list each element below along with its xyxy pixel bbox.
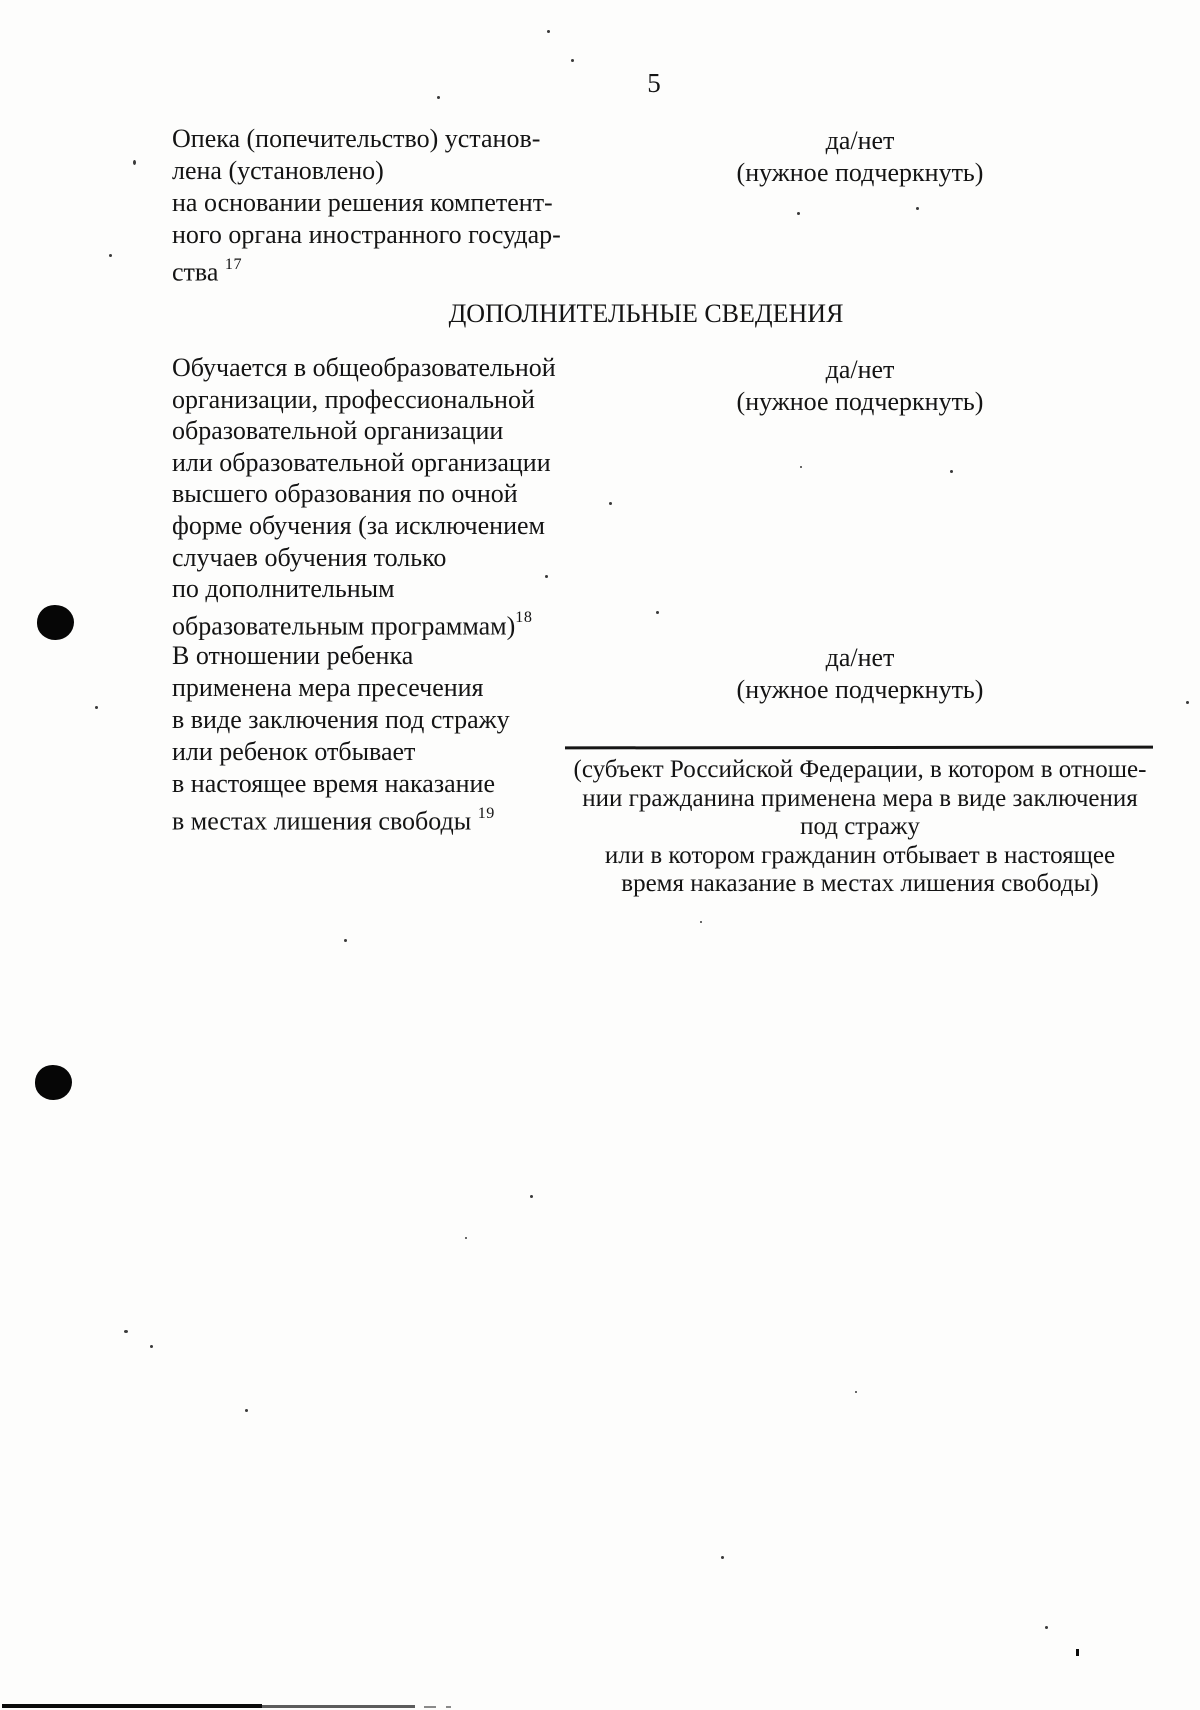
blank-caption-line: (субъект Российской Федерации, в котором… <box>540 756 1180 785</box>
field-label-line: высшего образования по очной <box>172 478 632 510</box>
scan-edge-bar <box>446 1706 451 1708</box>
field-label-line: лена (установлено) <box>172 155 632 187</box>
footnote-ref-18: 18 <box>515 609 532 626</box>
field-label-line: В отношении ребенка <box>172 640 632 672</box>
scan-speck <box>344 939 347 942</box>
field-label-text: ства <box>172 258 225 287</box>
field-guardianship-foreign-label: Опека (попечительство) установ- лена (ус… <box>172 123 632 283</box>
field-label-line: в виде заключения под стражу <box>172 704 632 736</box>
field-label-line: по дополнительным <box>172 573 632 605</box>
field-label-line: ства 17 <box>172 251 632 283</box>
field-label-line: на основании решения компетент- <box>172 187 632 219</box>
blank-caption-line: или в котором гражданин отбывает в насто… <box>540 842 1180 871</box>
field-label-line: ного органа иностранного государ- <box>172 219 632 251</box>
field-label-line: Обучается в общеобразовательной <box>172 352 632 384</box>
scan-speck <box>547 30 550 33</box>
punch-hole-mark <box>37 605 74 640</box>
scan-speck <box>855 1391 857 1393</box>
scan-speck <box>437 96 440 99</box>
scan-speck <box>245 1409 248 1412</box>
scan-speck <box>800 466 802 468</box>
scan-speck <box>150 1345 153 1348</box>
field-label-line: форме обучения (за исключением <box>172 510 632 542</box>
field-label-line: случаев обучения только <box>172 542 632 574</box>
scan-tick-mark <box>1076 1649 1079 1656</box>
answer-education: да/нет (нужное подчеркнуть) <box>660 354 1060 418</box>
field-label-line: или образовательной организации <box>172 447 632 479</box>
field-label-line: применена мера пресечения <box>172 672 632 704</box>
answer-option: да/нет <box>660 642 1060 674</box>
scan-speck <box>530 1195 533 1198</box>
scan-speck <box>721 1556 724 1559</box>
scan-edge-bar <box>262 1705 415 1708</box>
field-education-label: Обучается в общеобразовательной организа… <box>172 352 632 636</box>
scan-speck <box>656 611 659 614</box>
answer-guardianship-foreign: да/нет (нужное подчеркнуть) <box>660 125 1060 189</box>
answer-note: (нужное подчеркнуть) <box>660 674 1060 706</box>
scan-edge-bar <box>2 1704 262 1708</box>
scan-speck <box>465 1237 467 1239</box>
scan-speck <box>109 254 112 257</box>
scan-speck <box>916 207 919 210</box>
scan-speck <box>571 59 574 62</box>
answer-detention: да/нет (нужное подчеркнуть) <box>660 642 1060 706</box>
page-number: 5 <box>634 68 674 99</box>
field-label-text: образовательным программам) <box>172 611 515 640</box>
blank-caption-line: время наказание в местах лишения свободы… <box>540 870 1180 899</box>
fill-in-blank-line <box>565 746 1153 750</box>
scan-speck <box>1045 1626 1048 1629</box>
scan-edge-bar <box>424 1706 436 1708</box>
scan-speck <box>950 855 953 858</box>
scan-speck <box>797 212 800 215</box>
field-label-line: Опека (попечительство) установ- <box>172 123 632 155</box>
field-label-line: организации, профессиональной <box>172 384 632 416</box>
answer-option: да/нет <box>660 354 1060 386</box>
scan-speck <box>95 706 98 709</box>
scan-speck <box>545 575 548 578</box>
scan-speck <box>133 160 136 165</box>
scan-speck <box>700 921 702 923</box>
scan-speck <box>950 470 953 473</box>
blank-caption-line: нии гражданина применена мера в виде зак… <box>540 785 1180 814</box>
field-label-text: в местах лишения свободы <box>172 807 478 836</box>
answer-option: да/нет <box>660 125 1060 157</box>
footnote-ref-17: 17 <box>225 256 242 273</box>
scan-speck <box>1186 701 1189 704</box>
answer-note: (нужное подчеркнуть) <box>660 157 1060 189</box>
blank-caption-subject-rf: (субъект Российской Федерации, в котором… <box>540 756 1180 899</box>
field-label-line: образовательной организации <box>172 415 632 447</box>
field-label-line: образовательным программам)18 <box>172 605 632 637</box>
blank-caption-line: под стражу <box>540 813 1180 842</box>
footnote-ref-19: 19 <box>478 805 495 822</box>
scanned-form-page: 5 Опека (попечительство) установ- лена (… <box>0 0 1200 1710</box>
section-heading-additional-info: ДОПОЛНИТЕЛЬНЫЕ СВЕДЕНИЯ <box>446 299 846 329</box>
scan-speck <box>124 1330 128 1333</box>
answer-note: (нужное подчеркнуть) <box>660 386 1060 418</box>
punch-hole-mark <box>35 1065 72 1100</box>
scan-speck <box>609 502 612 505</box>
